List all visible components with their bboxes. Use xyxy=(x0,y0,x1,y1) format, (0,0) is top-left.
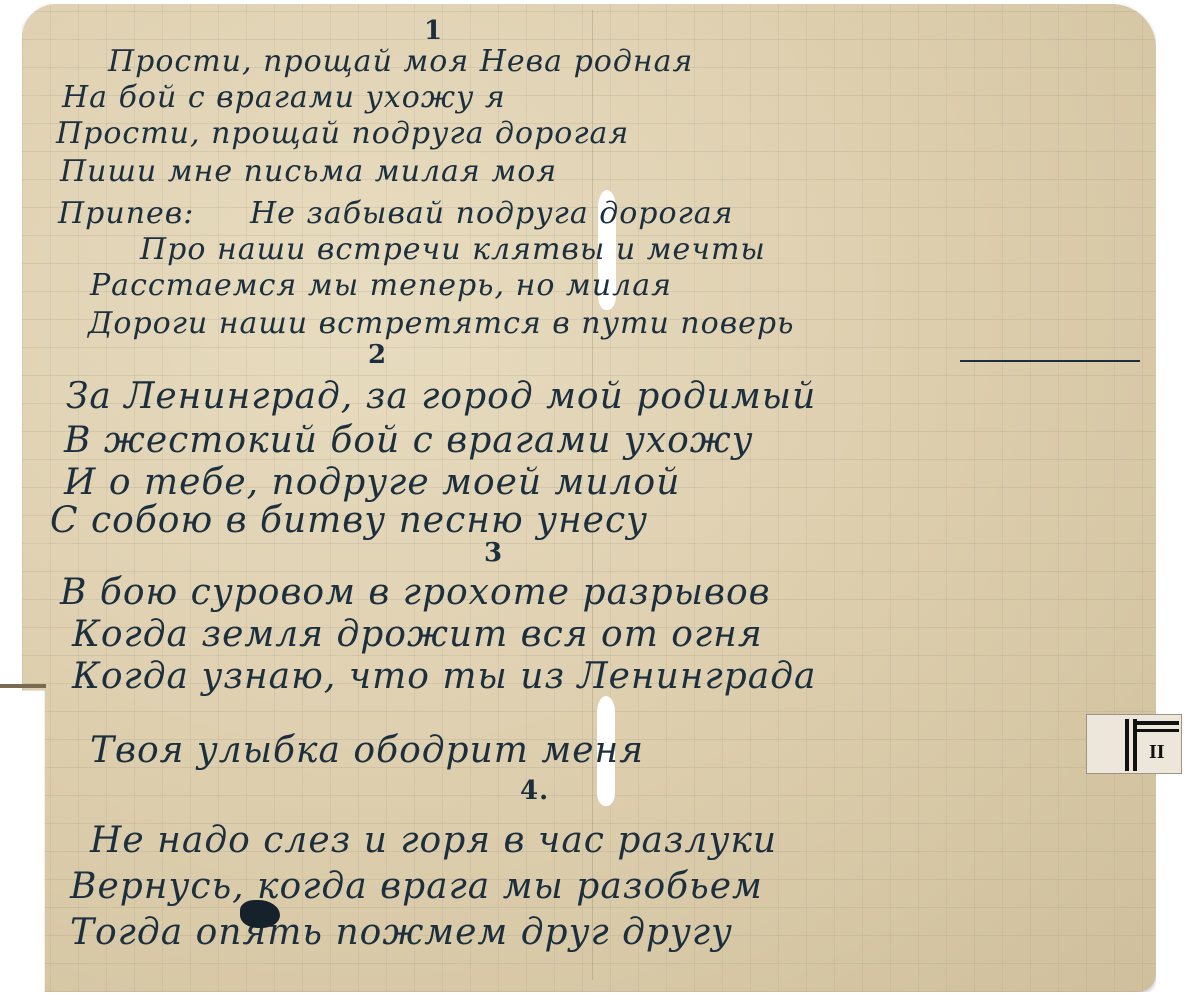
verse-number-3: 3 xyxy=(484,538,503,568)
paper-notch-edge xyxy=(0,684,46,688)
verse-number-4: 4. xyxy=(520,776,549,806)
chorus-line-3: Расстаемся мы теперь, но милая xyxy=(90,268,672,303)
chorus-line-4: Дороги наши встретятся в пути поверь xyxy=(88,306,794,341)
verse-number-1: 1 xyxy=(424,16,443,46)
verse-3-line-4: Твоя улыбка ободрит меня xyxy=(90,730,644,771)
stamp-roman-numeral: II xyxy=(1149,741,1165,764)
verse-2-line-3: И о тебе, подруге моей милой xyxy=(64,462,680,503)
ink-underline xyxy=(960,360,1140,362)
verse-4-line-3: Тогда опять пожмем друг другу xyxy=(70,912,733,953)
verse-number-2: 2 xyxy=(368,340,387,370)
verse-3-line-3: Когда узнаю, что ты из Ленинграда xyxy=(72,656,816,697)
verse-4-line-2: Вернусь, когда врага мы разобьем xyxy=(70,866,763,907)
stamp-fragment: II xyxy=(1086,714,1182,774)
verse-2-line-1: За Ленинград, за город мой родимый xyxy=(66,376,816,417)
chorus-line-2: Про наши встречи клятвы и мечты xyxy=(140,232,766,267)
verse-3-line-2: Когда земля дрожит вся от огня xyxy=(72,614,763,655)
verse-1-line-2: На бой с врагами ухожу я xyxy=(62,80,506,115)
verse-2-line-4: С собою в битву песню унесу xyxy=(50,500,648,541)
verse-1-line-1: Прости, прощай моя Нева родная xyxy=(108,44,693,79)
verse-1-line-3: Прости, прощай подруга дорогая xyxy=(56,116,629,151)
verse-3-line-1: В бою суровом в грохоте разрывов xyxy=(60,572,771,613)
verse-2-line-2: В жестокий бой с врагами ухожу xyxy=(64,420,754,461)
verse-4-line-1: Не надо слез и горя в час разлуки xyxy=(90,820,777,861)
chorus-label: Припев: xyxy=(58,196,194,231)
chorus-line-1: Не забывай подруга дорогая xyxy=(250,196,734,231)
verse-1-line-4: Пиши мне письма милая моя xyxy=(60,154,557,189)
ink-blot xyxy=(240,900,280,928)
